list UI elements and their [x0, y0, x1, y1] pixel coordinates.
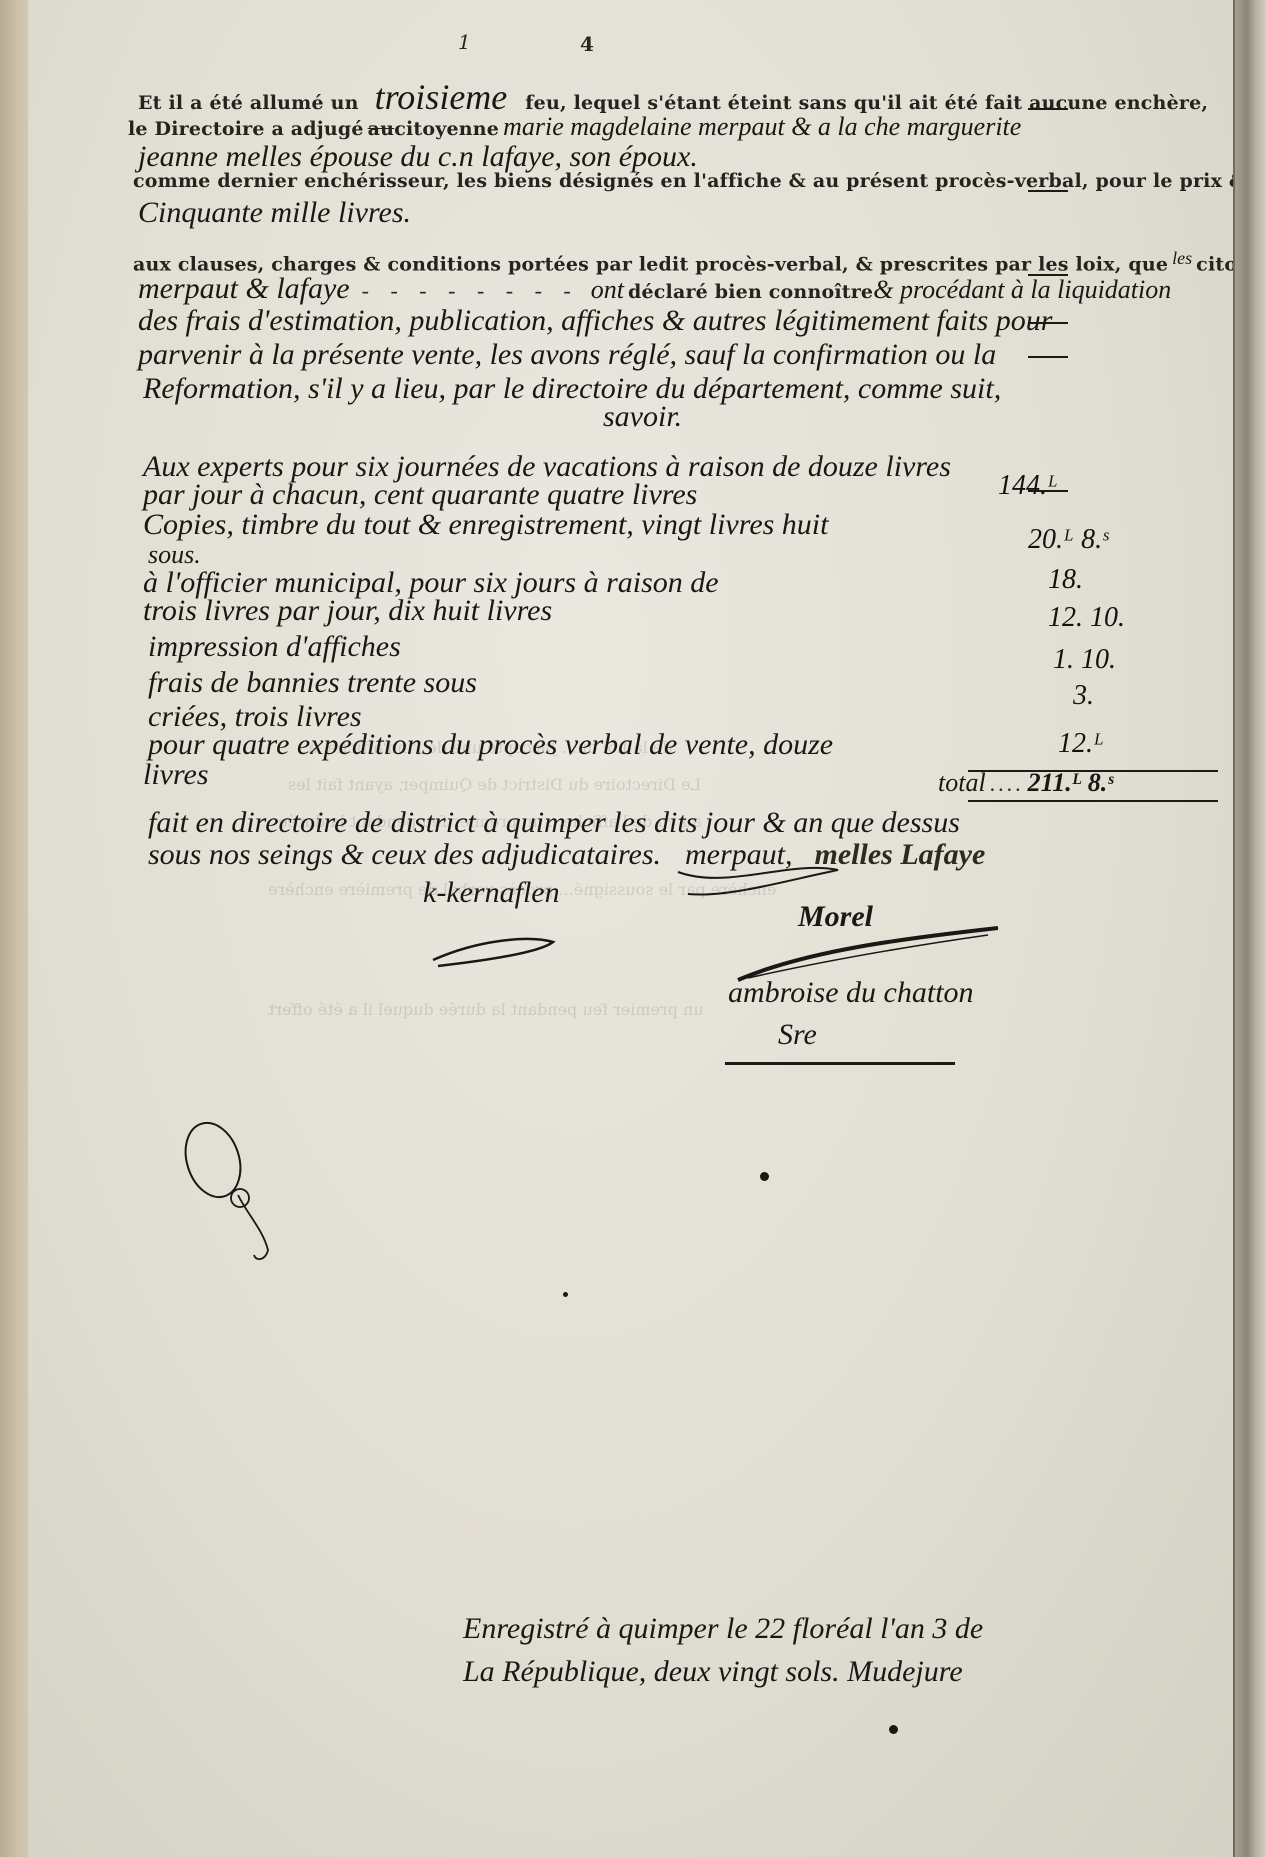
book-binding	[1233, 0, 1265, 1857]
expense-line: pour quatre expéditions du procès verbal…	[148, 728, 833, 762]
printed-text: Et il a été allumé un	[138, 92, 359, 114]
handwritten-continuation-line: parvenir à la présente vente, les avons …	[138, 338, 996, 372]
ink-dot	[889, 1725, 898, 1734]
expense-amount: 18.	[1048, 564, 1083, 596]
registration-line: Enregistré à quimper le 22 floréal l'an …	[463, 1612, 983, 1646]
margin-rule	[1028, 190, 1068, 192]
closing-text: sous nos seings & ceux des adjudicataire…	[148, 838, 661, 871]
margin-rule	[1028, 108, 1068, 110]
ink-dot	[563, 1292, 568, 1297]
signature-kernaflen: k-kernaflen	[423, 876, 560, 910]
paragraph-3-line-2: merpaut & lafaye - - - - - - - - ont déc…	[138, 272, 1171, 306]
printed-page-number: 4	[580, 32, 594, 56]
signature-ambroise: ambroise du chatton	[728, 976, 974, 1010]
expense-line: impression d'affiches	[148, 630, 401, 664]
paragraph-1-line-2: le Directoire a adjugé aucitoyenne marie…	[128, 112, 1021, 142]
printed-declare: déclaré bien connoître	[628, 281, 873, 303]
handwritten-buyers: marie magdelaine merpaut & a la che marg…	[503, 112, 1021, 141]
bleed-through-text: Le Directoire du District de Quimper, ay…	[288, 775, 701, 794]
expense-line: trois livres par jour, dix huit livres	[143, 594, 552, 628]
signature-role: Sre	[778, 1018, 817, 1052]
document-page: de la Loi du... Jaccepte une de l'ind'af…	[28, 0, 1238, 1857]
handwritten-fire-number: troisieme	[375, 77, 508, 117]
signature-flourish	[428, 930, 568, 970]
struck-word: au	[368, 118, 395, 140]
handwritten-price: Cinquante mille livres.	[138, 196, 411, 230]
printed-text: feu, lequel s'étant éteint sans qu'il ai…	[525, 92, 1208, 114]
expense-line: livres	[143, 758, 209, 792]
handwritten-buyers-line-2: jeanne melles épouse du c.n lafaye, son …	[138, 140, 698, 174]
total-label: total	[938, 768, 986, 797]
total-amount: 211.ᴸ 8.ˢ	[1028, 768, 1114, 797]
handwritten-savoir: savoir.	[603, 400, 682, 434]
signature-flourish	[668, 860, 848, 900]
expense-amount: 1. 10.	[1053, 644, 1116, 676]
printed-citoyen: citoyenne	[394, 118, 499, 140]
handwritten-continuation-line: Reformation, s'il y a lieu, par le direc…	[143, 372, 1001, 406]
expense-amount: 12. 10.	[1048, 602, 1125, 634]
handwritten-page-mark: 1	[458, 30, 471, 54]
expense-amount: 144.ᴸ	[998, 470, 1058, 502]
closing-line-2: sous nos seings & ceux des adjudicataire…	[148, 838, 985, 872]
margin-rule	[1028, 490, 1068, 492]
printed-text: le Directoire a adjugé	[128, 118, 364, 140]
registration-line: La République, deux vingt sols. Mudejure	[463, 1655, 963, 1689]
handwritten-les: les	[1172, 248, 1192, 268]
expense-line: par jour à chacun, cent quarante quatre …	[143, 478, 697, 512]
paragraph-2-printed: comme dernier enchérisseur, les biens dé…	[133, 170, 1265, 192]
handwritten-ont: ont	[591, 275, 624, 304]
total-row: total .... 211.ᴸ 8.ˢ	[938, 768, 1113, 798]
closing-line: fait en directoire de district à quimper…	[148, 806, 960, 840]
expense-line: frais de bannies trente sous	[148, 666, 477, 700]
margin-rule	[1028, 322, 1068, 324]
expense-amount: 12.ᴸ	[1058, 728, 1104, 760]
expense-amount: 20.ᴸ 8.ˢ	[1028, 524, 1108, 556]
signature-underline	[725, 1062, 955, 1065]
ink-dot	[760, 1172, 769, 1181]
margin-rule	[1028, 274, 1068, 276]
total-rule-bottom	[968, 800, 1218, 802]
handwritten-names: merpaut & lafaye	[138, 272, 350, 305]
expense-amount: 3.	[1073, 680, 1094, 712]
expense-line: Copies, timbre du tout & enregistrement,…	[143, 508, 828, 542]
margin-rule	[1028, 356, 1068, 358]
handwritten-continuation: & procédant à la liquidation	[873, 275, 1171, 304]
handwritten-continuation-line: des frais d'estimation, publication, aff…	[138, 304, 1052, 338]
paraph-flourish	[168, 1120, 308, 1280]
bleed-through-text: un premier feu pendant la durée duquel i…	[268, 1000, 704, 1019]
